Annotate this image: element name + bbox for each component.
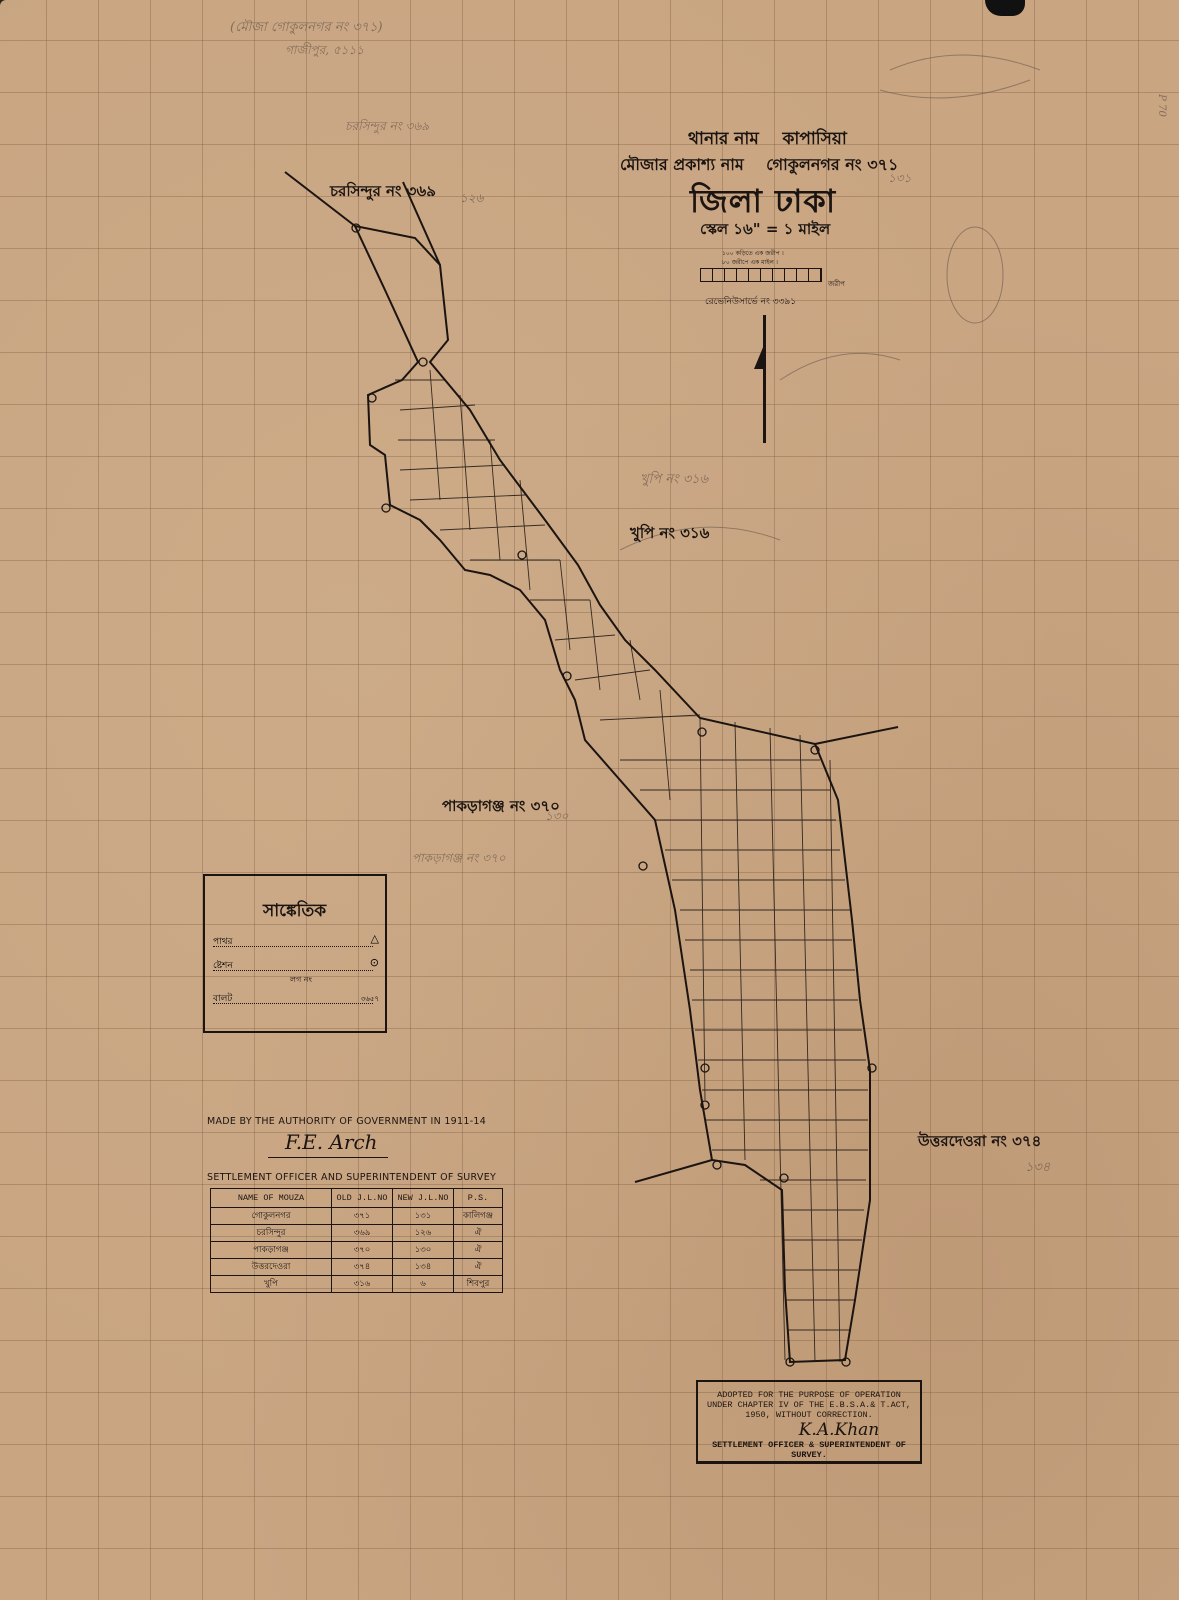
- mouza-table: NAME OF MOUZA OLD J.L.NO NEW J.L.NO P.S.…: [210, 1188, 503, 1293]
- column-header: NAME OF MOUZA: [211, 1189, 332, 1208]
- cell: ৩৬৯: [332, 1225, 393, 1242]
- stamp-line: 1950, WITHOUT CORRECTION.: [698, 1410, 920, 1420]
- signature-line: [268, 1157, 388, 1158]
- stamp-line: ADOPTED FOR THE PURPOSE OF OPERATION: [698, 1390, 920, 1400]
- neighbour-label: উত্তরদেওরা নং ৩৭৪: [918, 1130, 1041, 1155]
- triangle-icon: △: [371, 932, 379, 945]
- thana-label: থানার নাম: [688, 129, 759, 149]
- cell: ৬: [393, 1276, 454, 1293]
- cell: ৩৭১: [332, 1208, 393, 1225]
- pencil-note: ১২৬: [460, 190, 483, 210]
- pencil-note: চরসিন্দুর নং ৩৬৯: [345, 118, 429, 138]
- cell: ১৩৪: [393, 1259, 454, 1276]
- scale-unit: জরীপ: [828, 278, 845, 290]
- made-by-authority: MADE BY THE AUTHORITY OF GOVERNMENT IN 1…: [207, 1116, 486, 1127]
- cell: চরসিন্দুর: [211, 1225, 332, 1242]
- table-row: চরসিন্দুর৩৬৯১২৬ঐ: [211, 1225, 503, 1242]
- stamp-line: SETTLEMENT OFFICER & SUPERINTENDENT OF: [698, 1440, 920, 1450]
- pencil-note: খুপি নং ৩১৬: [640, 470, 708, 491]
- legend-value: ৩৬৫৭: [361, 993, 379, 1005]
- mouza-label: মৌজার প্রকাশ্য নাম: [620, 155, 744, 174]
- mouza-name: মৌজার প্রকাশ্য নাম গোকুলনগর নং ৩৭১: [620, 152, 898, 179]
- revenue-survey-number: রেভেনিউসার্ভে নং ৩৩৯১: [705, 294, 796, 309]
- mouza-value: গোকুলনগর নং ৩৭১: [766, 155, 898, 174]
- column-header: NEW J.L.NO: [393, 1189, 454, 1208]
- scale-text: স্কেল ১৬" = ১ মাইল: [700, 218, 830, 243]
- legend-title: সাঙ্কেতিক: [263, 898, 326, 926]
- neighbour-label: খুপি নং ৩১৬: [630, 522, 709, 547]
- pencil-note: ১৩৪: [1025, 1158, 1050, 1179]
- cell: ৩১৬: [332, 1276, 393, 1293]
- stamp-line: SURVEY.: [698, 1450, 920, 1460]
- cell: ৩৭০: [332, 1242, 393, 1259]
- cell: উত্তরদেওরা: [211, 1259, 332, 1276]
- legend-item: বালট৩৬৫৭: [213, 991, 373, 1004]
- pencil-note: ১৩১: [888, 170, 911, 190]
- cell: পাকড়াগঞ্জ: [211, 1242, 332, 1259]
- legend-label: পাথর: [213, 937, 233, 947]
- pencil-note: পাকড়াগঞ্জ নং ৩৭০: [412, 850, 506, 870]
- legend-label: ষ্টেশন: [213, 961, 233, 971]
- table-row: খুপি৩১৬৬শিবপুর: [211, 1276, 503, 1293]
- legend-sub: লগ নং: [290, 974, 312, 987]
- neighbour-label: পাকড়াগঞ্জ নং ৩৭০: [442, 795, 560, 820]
- page-marker: P 70: [1156, 94, 1167, 117]
- pencil-note: গাজীপুর, ৫১১১: [285, 42, 364, 62]
- officer-signature: F.E. Arch: [285, 1130, 378, 1154]
- legend-item: ষ্টেশন⊙: [213, 958, 373, 971]
- cell: কালিগঞ্জ: [454, 1208, 503, 1225]
- cadastral-map-sheet: থানার নাম কাপাসিয়া মৌজার প্রকাশ্য নাম গ…: [0, 0, 1179, 1600]
- table-row: উত্তরদেওরা৩৭৪১৩৪ঐ: [211, 1259, 503, 1276]
- north-arrow-head-icon: [754, 345, 764, 369]
- stamp-line: UNDER CHAPTER IV OF THE E.B.S.A.& T.ACT,: [698, 1400, 920, 1410]
- neighbour-label: চরসিন্দুর নং ৩৬৯: [330, 180, 436, 205]
- cell: ১৩০: [393, 1242, 454, 1259]
- legend-box: সাঙ্কেতিক পাথর△ ষ্টেশন⊙ লগ নং বালট৩৬৫৭: [203, 874, 387, 1033]
- stamp-signature: K.A.Khan: [758, 1420, 920, 1440]
- adoption-stamp: ADOPTED FOR THE PURPOSE OF OPERATION UND…: [696, 1380, 922, 1464]
- column-header: P.S.: [454, 1189, 503, 1208]
- north-arrow-icon: [763, 315, 766, 443]
- cell: ১৩১: [393, 1208, 454, 1225]
- cell: খুপি: [211, 1276, 332, 1293]
- settlement-officer-caption: SETTLEMENT OFFICER AND SUPERINTENDENT OF…: [207, 1172, 496, 1183]
- cell: শিবপুর: [454, 1276, 503, 1293]
- scale-bar: [700, 268, 822, 282]
- table-row: পাকড়াগঞ্জ৩৭০১৩০ঐ: [211, 1242, 503, 1259]
- thana-value: কাপাসিয়া: [783, 129, 847, 149]
- mouza-boundary-map: [0, 0, 1179, 1600]
- table-row: গোকুলনগর৩৭১১৩১কালিগঞ্জ: [211, 1208, 503, 1225]
- cell: ঐ: [454, 1259, 503, 1276]
- legend-label: বালট: [213, 994, 232, 1004]
- station-circle-icon: ⊙: [370, 956, 379, 969]
- cell: ৩৭৪: [332, 1259, 393, 1276]
- legend-item: পাথর△: [213, 934, 373, 947]
- scale-note-2: ৮০ জরীপে এক মাইল ।: [722, 257, 778, 268]
- table-header-row: NAME OF MOUZA OLD J.L.NO NEW J.L.NO P.S.: [211, 1189, 503, 1208]
- cell: ১২৬: [393, 1225, 454, 1242]
- thana-name: থানার নাম কাপাসিয়া: [688, 126, 847, 154]
- cell: গোকুলনগর: [211, 1208, 332, 1225]
- pencil-note: (মৌজা গোকুলনগর নং ৩৭১): [230, 18, 383, 39]
- cell: ঐ: [454, 1225, 503, 1242]
- cell: ঐ: [454, 1242, 503, 1259]
- column-header: OLD J.L.NO: [332, 1189, 393, 1208]
- pencil-note: ১৩০: [545, 808, 568, 828]
